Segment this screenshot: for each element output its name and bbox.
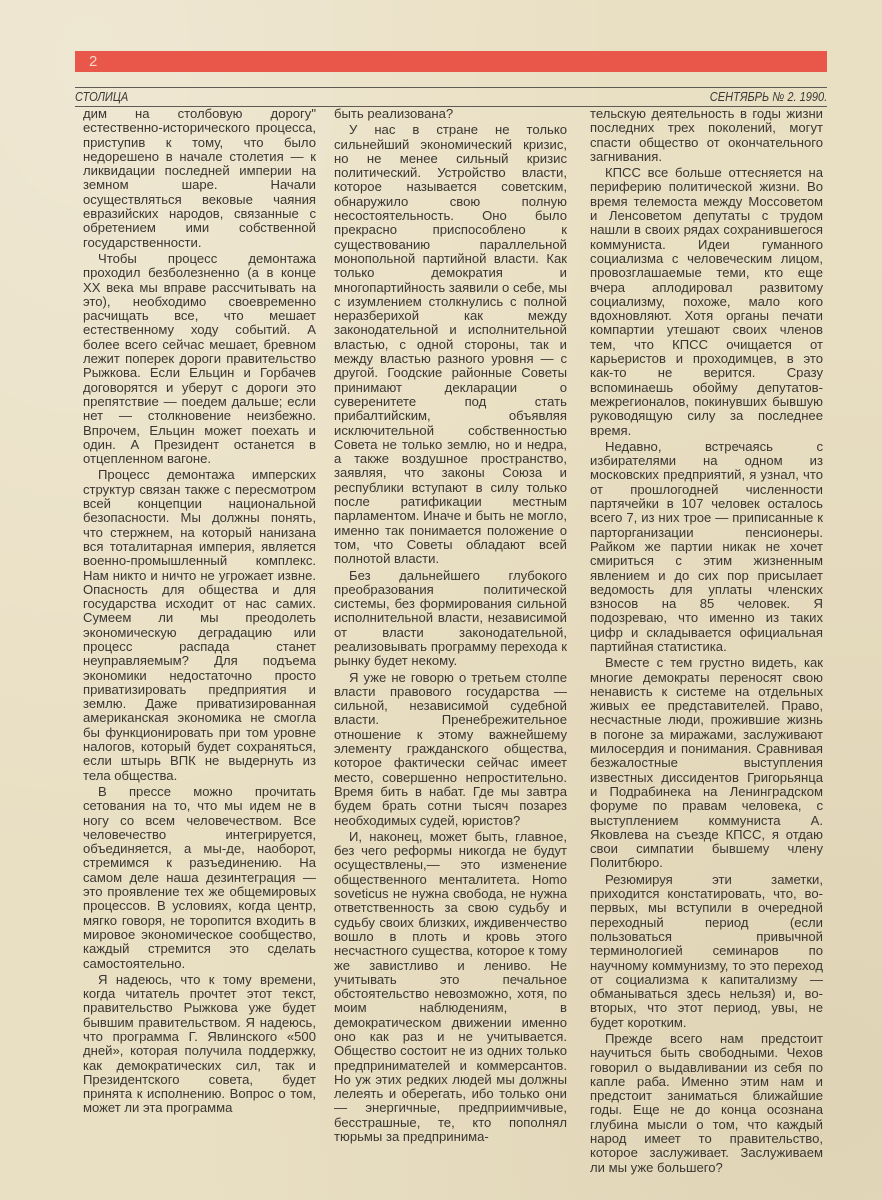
article-column-1: дим на столбовую дорогу" естественно-ист… <box>83 107 316 1116</box>
paragraph: Я уже не говорю о третьем столпе власти … <box>334 671 567 828</box>
paragraph: Резюмируя эти заметки, приходится конста… <box>590 873 823 1030</box>
article-column-3: тельскую деятельность в годы жизни после… <box>590 107 823 1175</box>
paragraph: И, наконец, может быть, главное, без чег… <box>334 830 567 1145</box>
paragraph: быть реализована? <box>334 107 567 121</box>
issue-date: СЕНТЯБРЬ № 2. 1990. <box>709 89 827 105</box>
paragraph: У нас в стране не только сильнейший экон… <box>334 123 567 566</box>
paragraph: Я надеюсь, что к тому времени, когда чит… <box>83 973 316 1116</box>
article-column-2: быть реализована? У нас в стране не толь… <box>334 107 567 1144</box>
masthead-rule-top <box>75 87 827 88</box>
paragraph: Чтобы процесс демонтажа проходил безболе… <box>83 252 316 466</box>
paragraph: Прежде всего нам предстоит научиться быт… <box>590 1032 823 1175</box>
page-header-bar: 2 <box>75 51 827 72</box>
paragraph: КПСС все больше оттесняется на периферию… <box>590 166 823 438</box>
paragraph: тельскую деятельность в годы жизни после… <box>590 107 823 164</box>
paragraph: Процесс демонтажа имперских структур свя… <box>83 468 316 783</box>
paragraph: Вместе с тем грустно видеть, как многие … <box>590 656 823 870</box>
paragraph: дим на столбовую дорогу" естественно-ист… <box>83 107 316 250</box>
publication-name: СТОЛИЦА <box>75 89 128 105</box>
paragraph: Недавно, встречаясь с избирателями на од… <box>590 440 823 654</box>
page-number: 2 <box>89 52 97 71</box>
paragraph: Без дальнейшего глубокого преобразования… <box>334 569 567 669</box>
paragraph: В прессе можно прочитать сетования на то… <box>83 785 316 971</box>
